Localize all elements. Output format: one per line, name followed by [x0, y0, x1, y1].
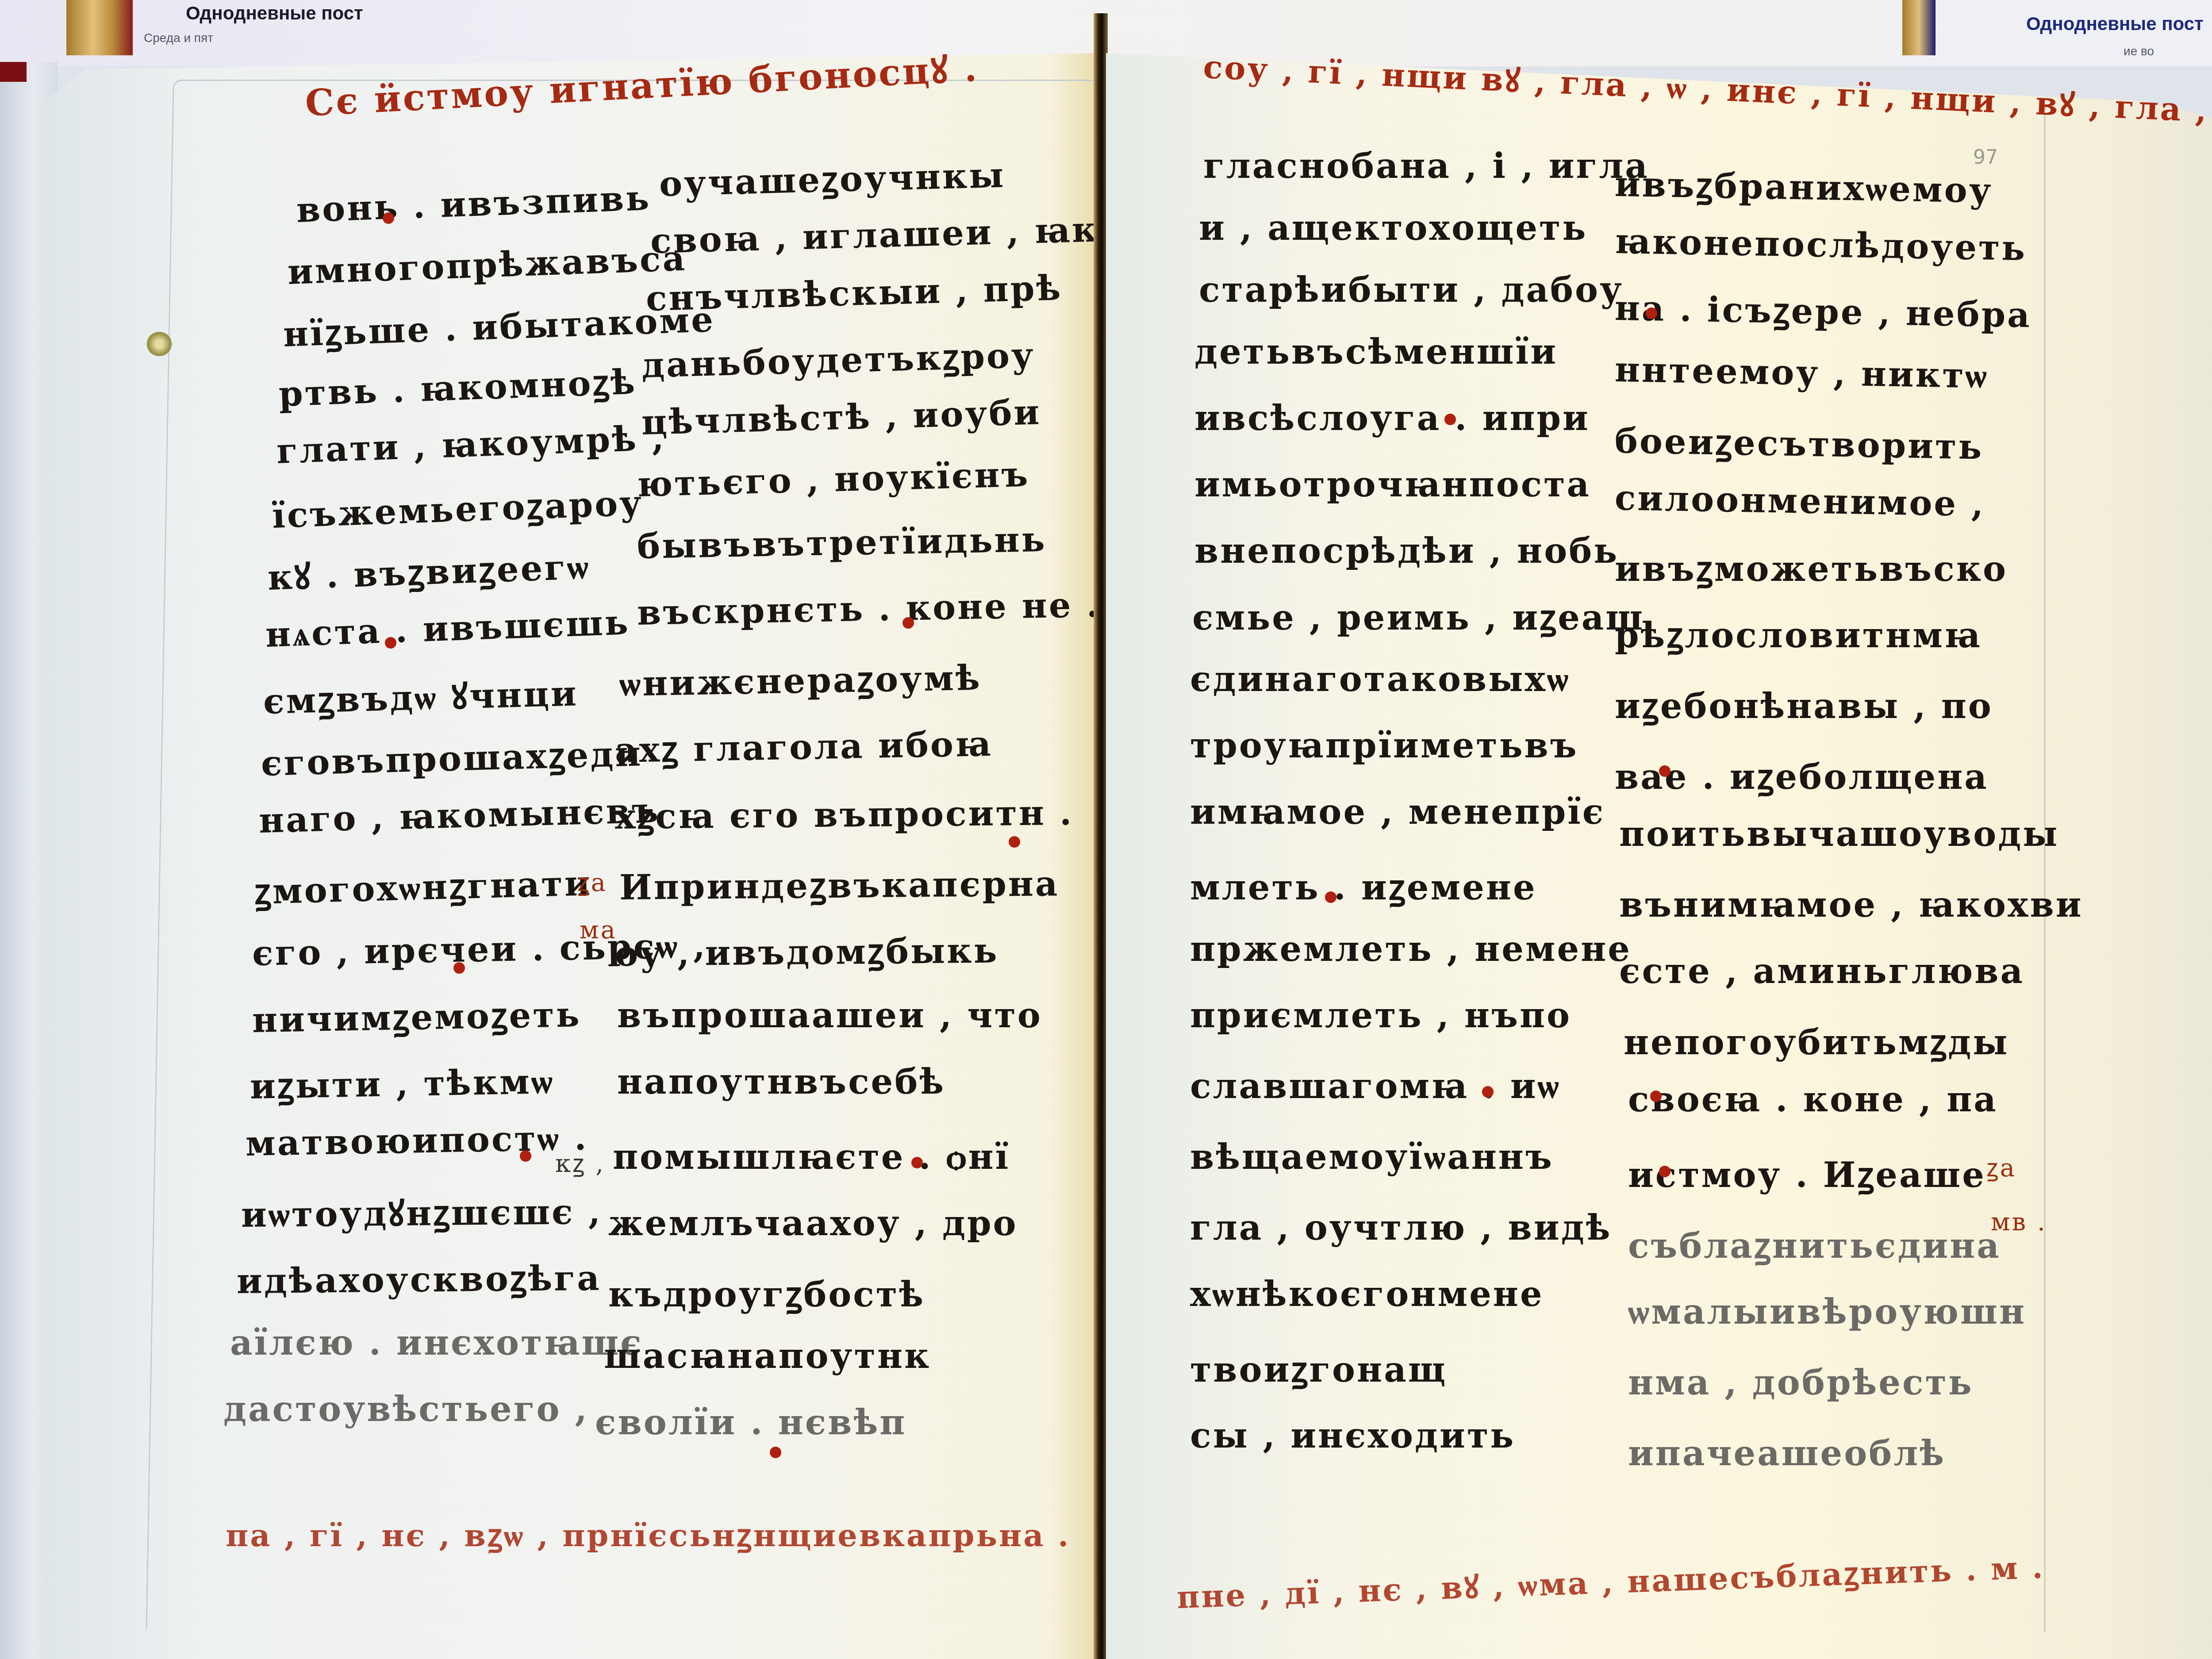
rubric-dot: [1646, 307, 1657, 319]
text-line: боеиꙁесътворить: [1614, 416, 1984, 469]
margin-note-za: ꙁа: [577, 865, 607, 899]
text-line: хꙁсꙗ єго въпроситн .: [615, 788, 1074, 839]
text-line: єволїи . нєвѣп: [595, 1402, 906, 1443]
text-line: имꙗмое , менепрїє: [1190, 792, 1605, 832]
rubric-dot: [383, 212, 394, 224]
rubric-dot: [770, 1447, 781, 1458]
rubric-dot: [453, 962, 465, 974]
text-line: въпрошаашеи , что: [617, 995, 1042, 1036]
poster-title-left: Однодневные пост: [186, 3, 363, 24]
text-line: вънимꙗмое , ꙗкохви: [1619, 885, 2083, 925]
text-line: єдинаготаковыхѡ: [1190, 659, 1570, 699]
text-line: рѣꙁлословитнмꙗ: [1615, 611, 1982, 657]
text-line: пржемлеть , немене: [1190, 929, 1632, 969]
text-line: Иприндеꙁвъкапєрна: [619, 859, 1060, 910]
left-page-footer: па , гї , нє , вꙁѡ , прнїєсьнꙁнщиевкапрь…: [226, 1513, 1070, 1555]
text-line: силоонменимое ,: [1614, 478, 1985, 525]
rubric-dot: [1482, 1086, 1494, 1098]
rubric-dot: [1009, 836, 1020, 848]
text-line: поитьвычашоуводы: [1619, 814, 2059, 854]
text-line: ємье , реимь , иꙁеаш: [1192, 593, 1644, 640]
poster-subtitle-left: Среда и пят: [144, 31, 213, 45]
margin-note-kz: кꙁ ,: [555, 1146, 605, 1179]
text-line: ѡнижєнераꙁоумѣ: [619, 653, 982, 706]
icon-image-left: [66, 0, 133, 55]
text-line: вае . иꙁеболщена: [1615, 752, 1989, 799]
text-line: гла , оучтлю , видѣ: [1190, 1208, 1612, 1248]
text-line: своєꙗ . коне , па: [1628, 1079, 1998, 1120]
rubric-dot: [902, 617, 914, 629]
text-line: напоутнвъсебѣ: [617, 1062, 945, 1102]
text-line: ꙗконепослѣдоуеть: [1614, 221, 2027, 269]
text-line: иꙁебонѣнавы , по: [1615, 681, 1993, 728]
text-line: ивсѣслоуга . ипри: [1194, 398, 1590, 438]
margin-note-mv: мв .: [1991, 1208, 2047, 1237]
text-line: ємꙁвъдѡ ꙋчнци: [263, 668, 579, 724]
text-line: жемлъчаахоу , дро: [608, 1203, 1018, 1244]
text-line: къдроугꙁбостѣ: [608, 1270, 925, 1317]
text-line: ахꙁ глагола ибоꙗ: [614, 719, 993, 772]
text-line: иꙁыти , тѣкмѡ: [250, 1056, 555, 1109]
text-line: гласнобана , і , игла: [1203, 146, 1649, 186]
rubric-dot: [1325, 891, 1336, 903]
text-line: славшагомꙗ . иѡ: [1190, 1066, 1561, 1106]
rubric-dot: [1659, 1166, 1671, 1177]
book-spine: [1094, 13, 1108, 1659]
rubric-dot: [520, 1150, 531, 1162]
text-line: внепосрѣдѣи , нобь: [1194, 531, 1619, 571]
rubric-dot: [385, 637, 396, 649]
text-line: нма , добрѣесть: [1628, 1363, 1974, 1403]
text-line: бывъвътретїидьнь: [637, 519, 1047, 567]
text-line: на . ісъꙁере , небра: [1614, 283, 2032, 337]
rubric-dot: [1650, 1091, 1662, 1102]
text-line: єговъпрошахꙁеди: [261, 729, 643, 786]
text-line: сы , инєходить: [1190, 1416, 1515, 1456]
text-line: дастоувѣстьего ,: [223, 1389, 589, 1429]
text-line: матвоюипостѡ .: [245, 1118, 588, 1164]
rubric-dot: [1659, 765, 1671, 777]
text-line: съблаꙁнитьєдина: [1628, 1221, 2001, 1268]
text-line: и , ащектохощеть: [1199, 208, 1587, 248]
text-line: идѣахоусквоꙁѣга: [237, 1253, 602, 1303]
text-line: шасꙗнапоутнк: [604, 1336, 931, 1376]
text-line: ивъꙁбранихѡемоу: [1614, 159, 1993, 213]
right-page-edge: [2044, 106, 2046, 1632]
text-line: млеть . иꙁемене: [1190, 863, 1537, 910]
text-line: ннтеемоу , никтѡ: [1614, 349, 1989, 396]
rubric-dot: [911, 1157, 923, 1168]
text-line: ꙁмогохѡнꙁгнати: [254, 858, 592, 914]
text-line: єсте , аминьглюва: [1619, 951, 2024, 991]
text-line: оучашеꙁоучнкы: [659, 150, 1006, 206]
margin-note-za: ꙁа: [1986, 1150, 2016, 1184]
icon-image-right: [1902, 0, 1935, 55]
poster-subtitle-right: ие во: [2124, 44, 2154, 58]
text-line: иѡтоудꙋнꙁшєшє ,: [241, 1187, 603, 1237]
text-line: оу , ивъдомꙁбыкь: [615, 926, 999, 976]
text-line: непогоубитьмꙁды: [1624, 1018, 2009, 1064]
text-line: старѣибыти , дабоу: [1199, 270, 1624, 310]
text-line: аїлєю . инєхотꙗшє: [230, 1323, 643, 1363]
margin-note-ma: ма: [580, 916, 617, 945]
text-line: детьвъсѣменшїи: [1194, 332, 1558, 372]
text-line: хѡнѣкоєгонмене: [1190, 1274, 1544, 1314]
text-line: троуꙗпрїиметьвъ: [1190, 726, 1578, 766]
text-line: ивъꙁможетьвъско: [1615, 544, 2008, 591]
text-line: въскрнєть . коне не .: [637, 585, 1100, 633]
paper-stain: [146, 332, 173, 356]
text-line: твоиꙁгонащ: [1190, 1345, 1447, 1392]
text-line: ипачеашеоблѣ: [1628, 1433, 1946, 1474]
text-line: помышлꙗєте . ѻнї: [613, 1137, 1010, 1177]
poster-title-right: Однодневные пост: [2026, 13, 2204, 35]
text-line: ничимꙁемоꙁеть: [252, 990, 581, 1042]
text-line: истмоу . Иꙁеаше: [1628, 1150, 1986, 1197]
text-line: вѣщаемоуїѡаннъ: [1190, 1137, 1554, 1177]
text-line: ѡмалыивѣроуюшн: [1628, 1292, 2026, 1332]
text-line: имьотрочꙗнпоста: [1194, 465, 1591, 505]
text-line: приємлеть , нъпо: [1190, 995, 1571, 1036]
rubric-dot: [1444, 414, 1456, 425]
